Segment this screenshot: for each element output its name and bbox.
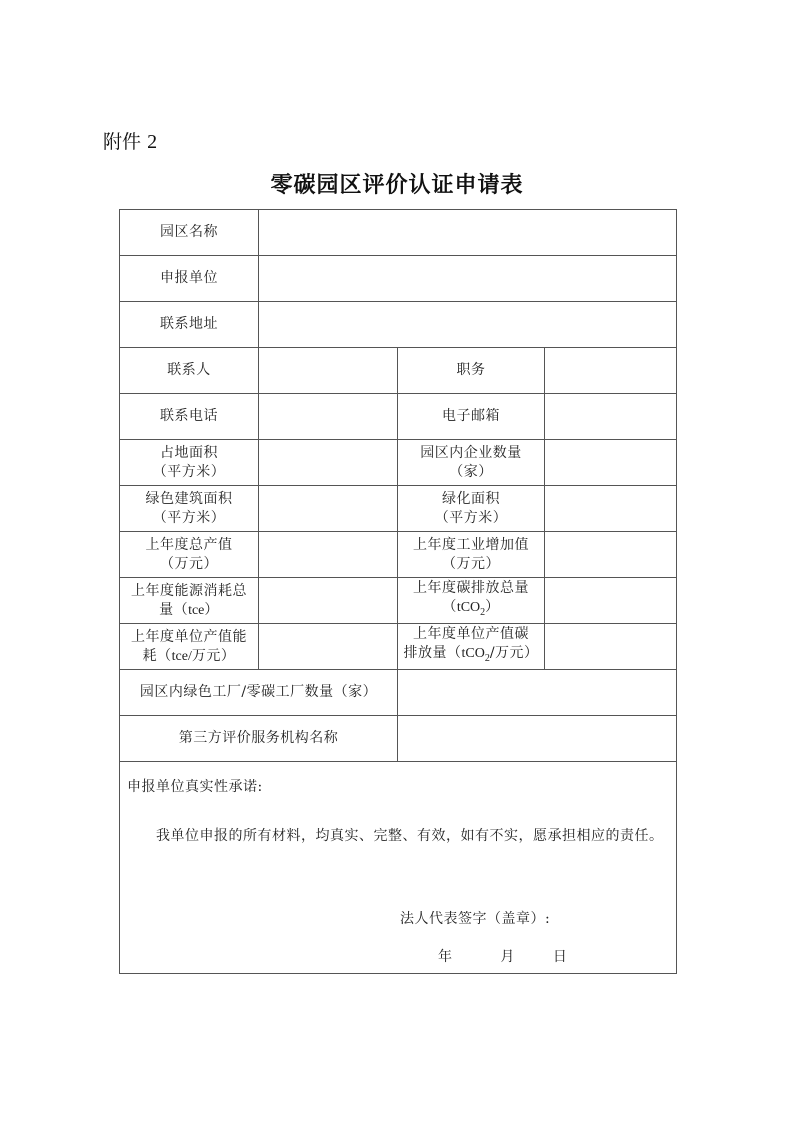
email-label: 电子邮箱: [398, 394, 545, 440]
land-area-label: 占地面积 （平方米）: [120, 440, 259, 486]
energy-intensity-label-line2: 耗（tce/万元）: [120, 647, 258, 666]
applicant-label: 申报单位: [120, 256, 259, 302]
land-area-field[interactable]: [259, 440, 398, 486]
energy-label-cn: 量（: [159, 602, 188, 618]
row-output-value: 上年度总产值 （万元） 上年度工业增加值 （万元）: [120, 532, 677, 578]
enterprise-count-unit: （家）: [398, 463, 544, 482]
industrial-added-value-field[interactable]: [545, 532, 677, 578]
carbon-unit-close: ）: [485, 599, 500, 615]
applicant-field[interactable]: [259, 256, 677, 302]
total-output-label-text: 上年度总产值: [120, 536, 258, 555]
date-month: 月: [500, 948, 515, 967]
pledge-title: 申报单位真实性承诺:: [127, 778, 263, 797]
attachment-number: 2: [147, 131, 157, 153]
energy-consumption-label-line2: 量（tce）: [120, 601, 258, 620]
energy-label-end: ）: [204, 602, 219, 618]
industrial-added-value-label-text: 上年度工业增加值: [398, 536, 544, 555]
total-output-label: 上年度总产值 （万元）: [120, 532, 259, 578]
date-day: 日: [553, 948, 568, 967]
industrial-added-value-unit: （万元）: [398, 555, 544, 574]
row-land-area: 占地面积 （平方米） 园区内企业数量 （家）: [120, 440, 677, 486]
greening-area-label-text: 绿化面积: [398, 490, 544, 509]
row-green-building: 绿色建筑面积 （平方米） 绿化面积 （平方米）: [120, 486, 677, 532]
green-building-area-label: 绿色建筑面积 （平方米）: [120, 486, 259, 532]
energy-intensity-field[interactable]: [259, 624, 398, 670]
date-year: 年: [438, 948, 453, 967]
carbon-intensity-label-line2: 排放量（tCO2/万元）: [398, 644, 544, 668]
enterprise-count-label: 园区内企业数量 （家）: [398, 440, 545, 486]
row-park-name: 园区名称: [120, 210, 677, 256]
energy-intensity-label-line1: 上年度单位产值能: [120, 628, 258, 647]
carbon-intensity-cn: 排放量（: [403, 645, 461, 661]
park-name-field[interactable]: [259, 210, 677, 256]
phone-label: 联系电话: [120, 394, 259, 440]
address-label: 联系地址: [120, 302, 259, 348]
energy-consumption-field[interactable]: [259, 578, 398, 624]
row-address: 联系地址: [120, 302, 677, 348]
total-output-field[interactable]: [259, 532, 398, 578]
attachment-label: 附件 2: [103, 127, 157, 154]
enterprise-count-field[interactable]: [545, 440, 677, 486]
phone-field[interactable]: [259, 394, 398, 440]
green-building-area-label-text: 绿色建筑面积: [120, 490, 258, 509]
row-green-factories: 园区内绿色工厂/零碳工厂数量（家）: [120, 670, 677, 716]
total-output-unit: （万元）: [120, 555, 258, 574]
green-factories-field[interactable]: [398, 670, 677, 716]
land-area-unit: （平方米）: [120, 463, 258, 482]
greening-area-unit: （平方米）: [398, 509, 544, 528]
position-field[interactable]: [545, 348, 677, 394]
energy-intensity-unit: tce/: [172, 649, 192, 664]
row-pledge: 申报单位真实性承诺: 我单位申报的所有材料，均真实、完整、有效，如有不实，愿承担…: [120, 762, 677, 974]
green-factories-label: 园区内绿色工厂/零碳工厂数量（家）: [120, 670, 398, 716]
energy-intensity-label: 上年度单位产值能 耗（tce/万元）: [120, 624, 259, 670]
address-field[interactable]: [259, 302, 677, 348]
pledge-section: 申报单位真实性承诺: 我单位申报的所有材料，均真实、完整、有效，如有不实，愿承担…: [120, 762, 677, 974]
third-party-field[interactable]: [398, 716, 677, 762]
carbon-unit-main: tCO: [457, 600, 480, 615]
row-third-party: 第三方评价服务机构名称: [120, 716, 677, 762]
carbon-intensity-label-line1: 上年度单位产值碳: [398, 625, 544, 644]
energy-intensity-cn: 耗（: [143, 648, 172, 664]
energy-unit-tce: tce: [188, 603, 204, 618]
energy-consumption-label-line1: 上年度能源消耗总: [120, 582, 258, 601]
signature-date[interactable]: 年 月 日: [438, 948, 567, 967]
carbon-emission-label: 上年度碳排放总量 （tCO2）: [398, 578, 545, 624]
park-name-label: 园区名称: [120, 210, 259, 256]
email-field[interactable]: [545, 394, 677, 440]
pledge-text: 我单位申报的所有材料，均真实、完整、有效，如有不实，愿承担相应的责任。: [156, 827, 664, 846]
enterprise-count-label-text: 园区内企业数量: [398, 444, 544, 463]
carbon-intensity-unit: tCO: [461, 646, 484, 661]
carbon-unit-open: （: [442, 599, 457, 615]
carbon-intensity-end: /万元）: [490, 645, 539, 661]
row-applicant: 申报单位: [120, 256, 677, 302]
row-contact: 联系人 职务: [120, 348, 677, 394]
carbon-emission-label-text: 上年度碳排放总量: [398, 579, 544, 598]
form-title: 零碳园区评价认证申请表: [0, 168, 794, 199]
energy-intensity-end: 万元）: [192, 648, 236, 664]
industrial-added-value-label: 上年度工业增加值 （万元）: [398, 532, 545, 578]
signature-label[interactable]: 法人代表签字（盖章）:: [400, 910, 550, 929]
carbon-emission-unit: （tCO2）: [398, 598, 544, 622]
carbon-intensity-field[interactable]: [545, 624, 677, 670]
greening-area-field[interactable]: [545, 486, 677, 532]
application-form-table: 园区名称 申报单位 联系地址 联系人 职务 联系电话 电子邮箱 占地面积 （平方…: [119, 209, 677, 974]
attachment-text: 附件: [103, 131, 141, 153]
third-party-label: 第三方评价服务机构名称: [120, 716, 398, 762]
greening-area-label: 绿化面积 （平方米）: [398, 486, 545, 532]
row-energy: 上年度能源消耗总 量（tce） 上年度碳排放总量 （tCO2）: [120, 578, 677, 624]
contact-person-field[interactable]: [259, 348, 398, 394]
energy-consumption-label: 上年度能源消耗总 量（tce）: [120, 578, 259, 624]
carbon-intensity-label: 上年度单位产值碳 排放量（tCO2/万元）: [398, 624, 545, 670]
contact-person-label: 联系人: [120, 348, 259, 394]
carbon-emission-field[interactable]: [545, 578, 677, 624]
row-phone: 联系电话 电子邮箱: [120, 394, 677, 440]
land-area-label-text: 占地面积: [120, 444, 258, 463]
position-label: 职务: [398, 348, 545, 394]
green-building-area-field[interactable]: [259, 486, 398, 532]
green-building-area-unit: （平方米）: [120, 509, 258, 528]
row-intensity: 上年度单位产值能 耗（tce/万元） 上年度单位产值碳 排放量（tCO2/万元）: [120, 624, 677, 670]
